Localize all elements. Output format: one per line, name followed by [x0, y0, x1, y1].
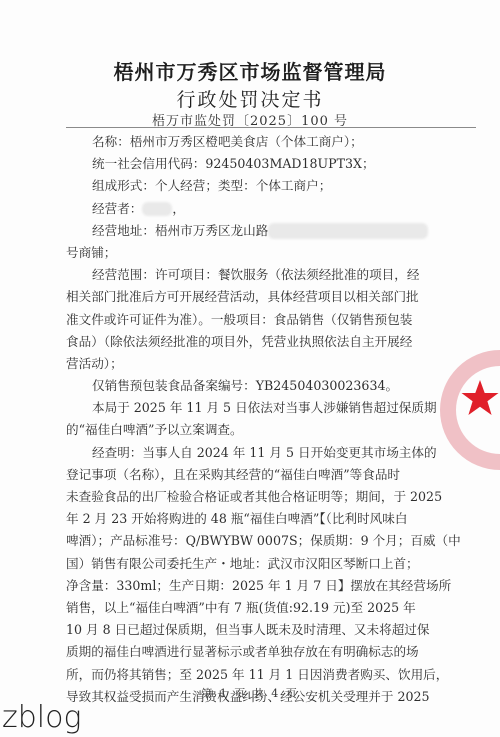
agency-title: 梧州市万秀区市场监督管理局 — [0, 56, 500, 85]
credit-code-line: 统一社会信用代码：92450403MAD18UPT3X； — [66, 153, 476, 175]
business-scope-line: 准文件或许可证件为准）。一般项目：食品销售（仅销售预包装 — [66, 309, 476, 331]
address-line-cont: 号商铺； — [66, 242, 476, 264]
operator-line: 经营者：， — [66, 198, 476, 220]
findings-line: 未查验食品的出厂检验合格证或者其他合格证明等；期间，于 2025 — [66, 486, 476, 508]
findings-line: 质期的福佳白啤酒进行显著标示或者单独存放在有明确标志的场 — [66, 641, 476, 663]
page-indicator: 第 1 页 共 4 页 — [0, 685, 500, 701]
findings-line: 啤酒）；产品标准号：Q/BWYBW 0007S；保质期：9 个月；百威（中 — [66, 530, 476, 552]
document-body: 名称：梧州市万秀区橙吧美食店（个体工商户）； 统一社会信用代码：92450403… — [66, 131, 476, 708]
watermark-text: zblog — [2, 700, 81, 735]
address-label: 经营地址：梧州市万秀区龙山路 — [92, 223, 268, 238]
case-filing-line: 本局于 2025 年 11 月 5 日依法对当事人涉嫌销售超过保质期 — [66, 397, 476, 419]
business-scope-line: 经营范围：许可项目：餐饮服务（依法须经批准的项目，经 — [66, 264, 476, 286]
redacted-address — [268, 223, 428, 239]
business-scope-line: 相关部门批准后方可开展经营活动，具体经营项目以相关部门批 — [66, 286, 476, 308]
address-line: 经营地址：梧州市万秀区龙山路 — [66, 220, 476, 242]
business-scope-line: 食品）（除依法须经批准的项目外，凭营业执照依法自主开展经 — [66, 331, 476, 353]
document-page: 梧州市万秀区市场监督管理局 行政处罚决定书 梧万市监处罚〔2025〕100 号 … — [0, 0, 500, 737]
findings-line: 经查明：当事人自 2024 年 11 月 5 日开始变更其市场主体的 — [66, 442, 476, 464]
case-filing-line: 的“福佳白啤酒”予以立案调查。 — [66, 419, 476, 441]
findings-line: 登记事项（名称），且在采购其经营的“福佳白啤酒”等食品时 — [66, 464, 476, 486]
business-form-line: 组成形式：个人经营；类型：个体工商户； — [66, 175, 476, 197]
party-name-line: 名称：梧州市万秀区橙吧美食店（个体工商户）； — [66, 131, 476, 153]
findings-line: 所，而仍将其销售；至 2025 年 11 月 1 日因消费者购买、饮用后， — [66, 664, 476, 686]
filing-number-line: 仅销售预包装食品备案编号：YB24504030023634。 — [66, 375, 476, 397]
findings-line: 销售，以上“福佳白啤酒”中有 7 瓶(货值:92.19 元)至 2025 年 — [66, 597, 476, 619]
document-type-title: 行政处罚决定书 — [0, 85, 500, 112]
operator-label: 经营者： — [92, 201, 142, 216]
seal-star-icon — [460, 378, 500, 418]
findings-line: 10 月 8 日已超过保质期，但当事人既未及时清理、又未将超过保 — [66, 619, 476, 641]
findings-line: 年 2 月 23 开始将购进的 48 瓶“福佳白啤酒”【（比利时风味白 — [66, 508, 476, 530]
business-scope-line: 营活动）； — [66, 353, 476, 375]
redacted-operator-name — [142, 202, 172, 216]
findings-line: 净含量：330ml；生产日期：2025 年 1 月 7 日】摆放在其经营场所 — [66, 575, 476, 597]
header-divider — [66, 127, 476, 128]
findings-line: 国）销售有限公司委托生产・地址：武汉市汉阳区琴断口上首； — [66, 553, 476, 575]
